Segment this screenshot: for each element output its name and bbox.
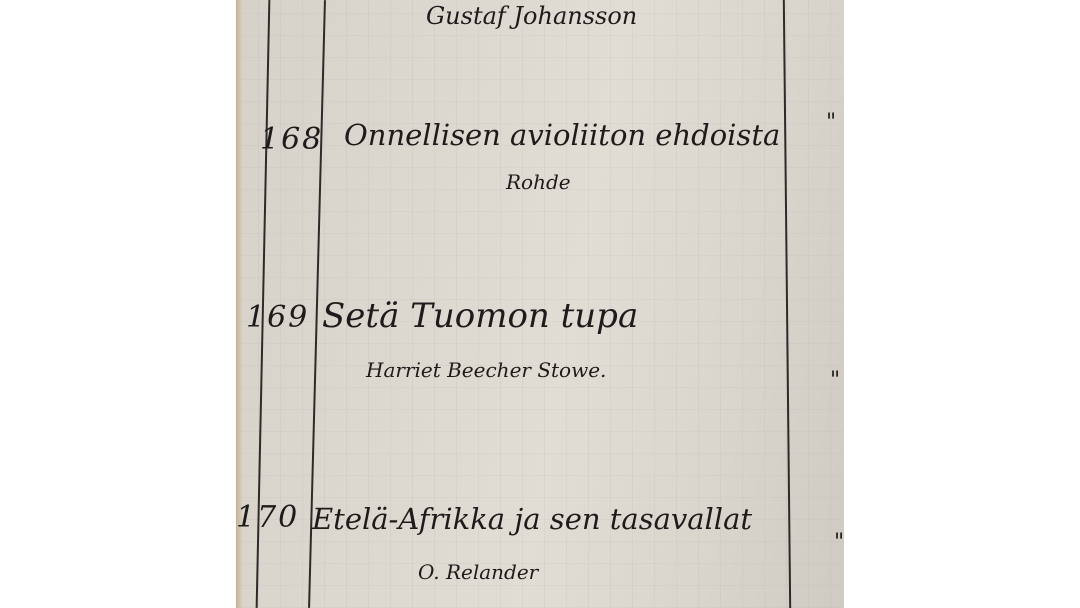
entry-number: 170	[236, 500, 299, 535]
entry-title: Etelä-Afrikka ja sen tasavallat	[312, 502, 752, 536]
ditto-mark: "	[826, 110, 836, 135]
ditto-mark: "	[830, 368, 840, 393]
ditto-mark: "	[834, 530, 844, 555]
entry-title: Onnellisen avioliiton ehdoista	[344, 118, 780, 152]
entry-title: Setä Tuomon tupa	[322, 296, 638, 336]
ledger-page-photo: Gustaf Johansson 168 Onnellisen avioliit…	[236, 0, 844, 608]
entry-author: Rohde	[506, 170, 571, 194]
entry-number: 168	[260, 122, 323, 157]
entry-author: O. Relander	[418, 560, 538, 584]
entry-author: Harriet Beecher Stowe.	[366, 358, 606, 382]
entry-author: Gustaf Johansson	[426, 2, 637, 30]
entry-number: 169	[246, 300, 309, 335]
